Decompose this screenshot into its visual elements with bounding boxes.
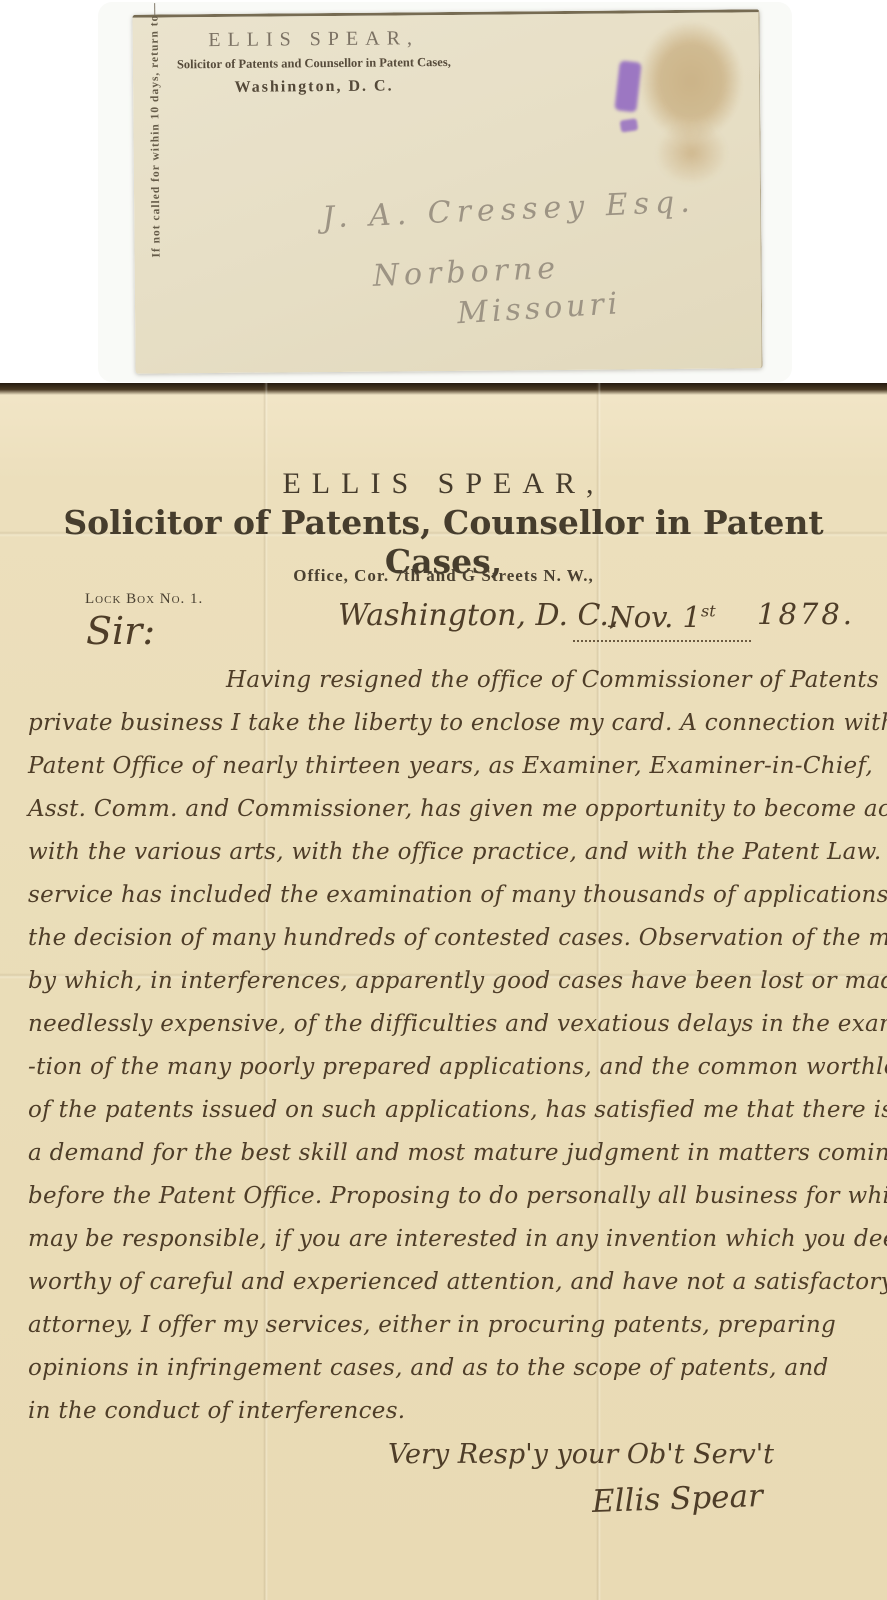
stain-mark-lower xyxy=(655,121,728,186)
scanned-document-photo: If not called for within 10 days, return… xyxy=(0,0,887,1600)
envelope-photo: If not called for within 10 days, return… xyxy=(98,2,792,382)
dateline-day-suffix: st xyxy=(701,601,716,620)
purple-cancel-mark xyxy=(614,60,642,112)
letterhead-lockbox: Lock Box No. 1. xyxy=(85,591,203,608)
dateline-year: 1878. xyxy=(757,597,855,631)
closing-line: Very Resp'y your Ob't Serv't xyxy=(388,1439,774,1470)
letter-body-line: the decision of many hundreds of contest… xyxy=(28,925,859,968)
envelope-address-town: Norborne xyxy=(372,251,561,294)
letterhead-office-address: Office, Cor. 7th and G Streets N. W., xyxy=(0,566,887,586)
letter-body-line: Patent Office of nearly thirteen years, … xyxy=(28,753,859,796)
envelope-sender-title: Solicitor of Patents and Counsellor in P… xyxy=(149,55,479,73)
letter-body-line: before the Patent Office. Proposing to d… xyxy=(28,1183,859,1226)
letter-photo: ELLIS SPEAR, Solicitor of Patents, Couns… xyxy=(0,383,887,1600)
letter-body-line: -tion of the many poorly prepared applic… xyxy=(28,1054,859,1097)
envelope-sender-city: Washington, D. C. xyxy=(149,77,479,98)
letter-body-line: by which, in interferences, apparently g… xyxy=(28,968,859,1011)
letter-body-line: service has included the examination of … xyxy=(28,882,859,925)
dateline-day: Nov. 1st xyxy=(608,600,715,634)
letter-body-line: Asst. Comm. and Commissioner, has given … xyxy=(28,796,859,839)
dateline-day-text: Nov. 1 xyxy=(608,600,701,634)
letter-body-line: in the conduct of interferences. xyxy=(28,1398,859,1441)
letter-body-line: of the patents issued on such applicatio… xyxy=(28,1097,859,1140)
envelope-address-recipient: J. A. Cressey Esq. xyxy=(322,184,697,235)
letter-top-edge xyxy=(0,383,887,395)
letter-body-line: needlessly expensive, of the difficultie… xyxy=(28,1011,859,1054)
letter-body-line: with the various arts, with the office p… xyxy=(28,839,859,882)
letter-body-line: private business I take the liberty to e… xyxy=(28,710,859,753)
envelope-letterhead: ELLIS SPEAR, Solicitor of Patents and Co… xyxy=(149,27,480,98)
salutation: Sir: xyxy=(86,609,155,653)
envelope: If not called for within 10 days, return… xyxy=(132,9,762,373)
letter-body: Having resigned the office of Commission… xyxy=(28,667,859,1441)
letter-body-line: Having resigned the office of Commission… xyxy=(28,667,859,710)
letterhead-name: ELLIS SPEAR, xyxy=(0,467,887,501)
letter-body-line: may be responsible, if you are intereste… xyxy=(28,1226,859,1269)
purple-cancel-mark-small xyxy=(620,118,639,132)
envelope-address-state: Missouri xyxy=(456,286,622,331)
dateline-dotted-rule: Nov. 1st xyxy=(573,600,751,642)
envelope-sender-name: ELLIS SPEAR, xyxy=(149,27,479,53)
signature: Ellis Spear xyxy=(591,1478,763,1520)
letter-body-line: opinions in infringement cases, and as t… xyxy=(28,1355,859,1398)
letter-body-line: a demand for the best skill and most mat… xyxy=(28,1140,859,1183)
letter-body-line: worthy of careful and experienced attent… xyxy=(28,1269,859,1312)
letter-body-line: attorney, I offer my services, either in… xyxy=(28,1312,859,1355)
